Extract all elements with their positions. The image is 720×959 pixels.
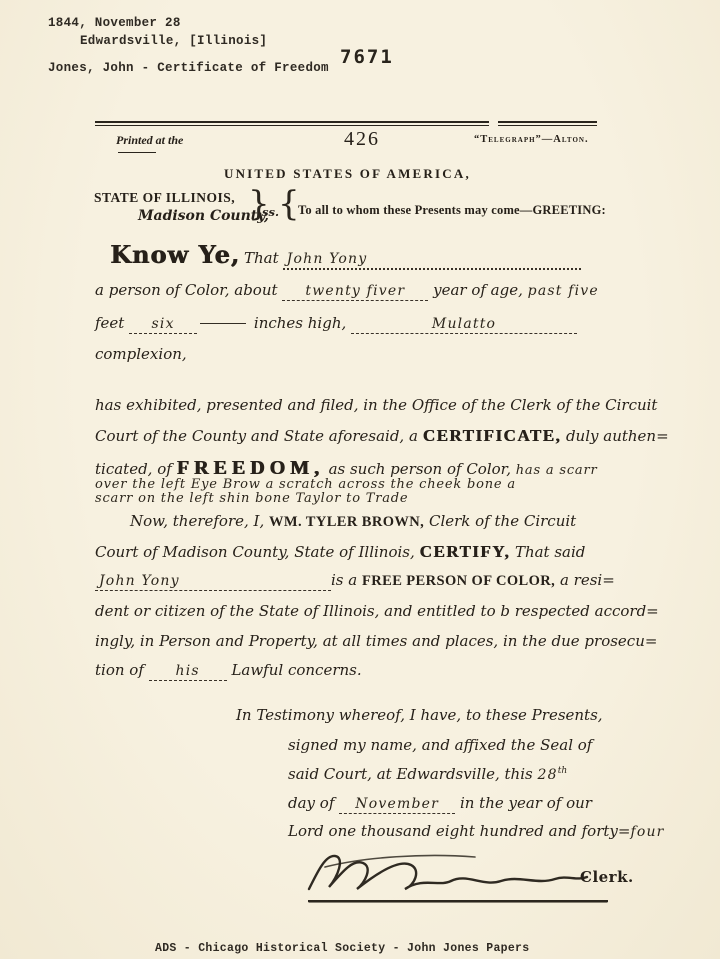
free-post-text: a resi= <box>560 571 615 589</box>
month-handwritten: November <box>355 796 439 812</box>
country-heading: UNITED STATES OF AMERICA, <box>224 166 471 182</box>
height-overflow-handwritten: past five <box>528 283 599 299</box>
freedom-word: FREEDOM, <box>177 457 324 479</box>
filed-line3-post: as such person of Color, <box>329 460 511 478</box>
testimony-line4-post: in the year of our <box>460 794 592 812</box>
free-pre-text: is a <box>331 571 357 589</box>
age-handwritten: twenty fiver <box>305 283 405 299</box>
certify-line1: Now, therefore, I, WM. TYLER BROWN, Cler… <box>130 512 576 531</box>
complexion-blank: Mulatto <box>351 316 577 334</box>
day-suffix-handwritten: th <box>558 766 567 776</box>
pen-stroke-line <box>200 323 246 324</box>
person-name2-handwritten: John Yony <box>99 573 180 589</box>
printed-at-underline <box>118 152 156 153</box>
know-ye-word: Know Ye, <box>110 240 240 269</box>
certify-line3: John Yonyis a FREE PERSON OF COLOR, a re… <box>95 571 615 591</box>
press-credit: “Telegraph”—Alton. <box>474 134 589 145</box>
year-handwritten: four <box>630 824 664 840</box>
typed-date-line: 1844, November 28 <box>48 16 181 30</box>
free-person-word: FREE PERSON OF COLOR, <box>362 573 555 589</box>
know-ye-line: Know Ye, That John Yony <box>110 240 581 270</box>
testimony-line1: In Testimony whereof, I have, to these P… <box>236 706 603 724</box>
certify-line2: Court of Madison County, State of Illino… <box>95 542 585 562</box>
testimony-line5: Lord one thousand eight hundred and fort… <box>288 822 665 840</box>
right-brace-glyph: { <box>278 184 300 224</box>
height-line: feet six inches high, Mulatto <box>95 314 577 334</box>
age-blank: twenty fiver <box>282 283 428 301</box>
feet-label: feet <box>95 314 124 332</box>
name2-blank: John Yony <box>95 573 331 591</box>
certify-word: CERTIFY, <box>420 542 511 561</box>
age-pre-text: a person of Color, about <box>95 281 278 299</box>
day-handwritten: 28 <box>538 767 558 783</box>
testimony-line3: said Court, at Edwardsville, this 28th <box>288 765 567 783</box>
age-line: a person of Color, about twenty fiver ye… <box>95 281 599 301</box>
complexion-handwritten: Mulatto <box>432 316 496 332</box>
testimony-line2: signed my name, and affixed the Seal of <box>288 736 592 754</box>
testimony-line5-text: Lord one thousand eight hundred and fort… <box>288 822 630 840</box>
certificate-word: CERTIFICATE, <box>423 426 561 445</box>
form-number: 426 <box>344 128 380 151</box>
greeting-line: To all to whom these Presents may come—G… <box>298 203 606 218</box>
signature-rule <box>308 900 608 902</box>
certify-line1-post: Clerk of the Circuit <box>429 512 576 530</box>
pronoun-blank: his <box>149 663 227 681</box>
marks-handwritten-2: over the left Eye Brow a scratch across … <box>95 477 516 492</box>
inches-blank: six <box>129 316 197 334</box>
age-post-text: year of age, <box>433 281 523 299</box>
pronoun-handwritten: his <box>176 663 200 679</box>
month-blank: November <box>339 796 455 814</box>
typed-title-line: Jones, John - Certificate of Freedom <box>48 61 329 75</box>
testimony-line4-pre: day of <box>288 794 334 812</box>
state-heading: STATE OF ILLINOIS, <box>94 190 235 206</box>
printed-at-label: Printed at the <box>116 133 183 148</box>
certify-line6-pre: tion of <box>95 661 144 679</box>
footer-credit: ADS - Chicago Historical Society - John … <box>155 942 529 955</box>
testimony-line4: day of November in the year of our <box>288 794 592 814</box>
name-blank: John Yony <box>283 251 581 270</box>
filed-line2-pre: Court of the County and State aforesaid,… <box>95 427 418 445</box>
complexion-label: complexion, <box>95 345 187 363</box>
inches-handwritten: six <box>152 316 175 332</box>
filed-line2: Court of the County and State aforesaid,… <box>95 426 669 446</box>
certify-line1-pre: Now, therefore, I, <box>130 512 264 530</box>
clerk-name: WM. TYLER BROWN, <box>269 514 424 530</box>
clerk-signature <box>305 843 605 901</box>
testimony-line3-pre: said Court, at Edwardsville, this <box>288 765 533 783</box>
accession-stamp-number: 7671 <box>340 46 394 68</box>
ss-abbreviation: ss. <box>262 205 279 219</box>
filed-line1: has exhibited, presented and filed, in t… <box>95 396 657 414</box>
inches-label: inches high, <box>254 314 346 332</box>
certify-line5: ingly, in Person and Property, at all ti… <box>95 632 657 650</box>
clerk-label: Clerk. <box>580 868 634 886</box>
filed-line3-pre: ticated, of <box>95 460 172 478</box>
masthead-rule-left <box>95 121 489 126</box>
certificate-of-freedom-scan: 1844, November 28 Edwardsville, [Illinoi… <box>0 0 720 959</box>
certify-line4: dent or citizen of the State of Illinois… <box>95 602 659 620</box>
certify-line6: tion of his Lawful concerns. <box>95 661 362 681</box>
certify-line2-post: That said <box>515 543 585 561</box>
typed-place-line: Edwardsville, [Illinois] <box>80 34 267 48</box>
marks-handwritten-3: scarr on the left shin bone Taylor to Tr… <box>95 491 408 506</box>
certify-line6-post: Lawful concerns. <box>231 661 361 679</box>
certify-line2-pre: Court of Madison County, State of Illino… <box>95 543 415 561</box>
that-label: That <box>244 249 279 267</box>
person-name-handwritten: John Yony <box>287 251 368 267</box>
masthead-rule-right <box>498 121 597 126</box>
filed-line2-post: duly authen= <box>566 427 669 445</box>
marks-handwritten-1: has a scarr <box>516 463 598 478</box>
